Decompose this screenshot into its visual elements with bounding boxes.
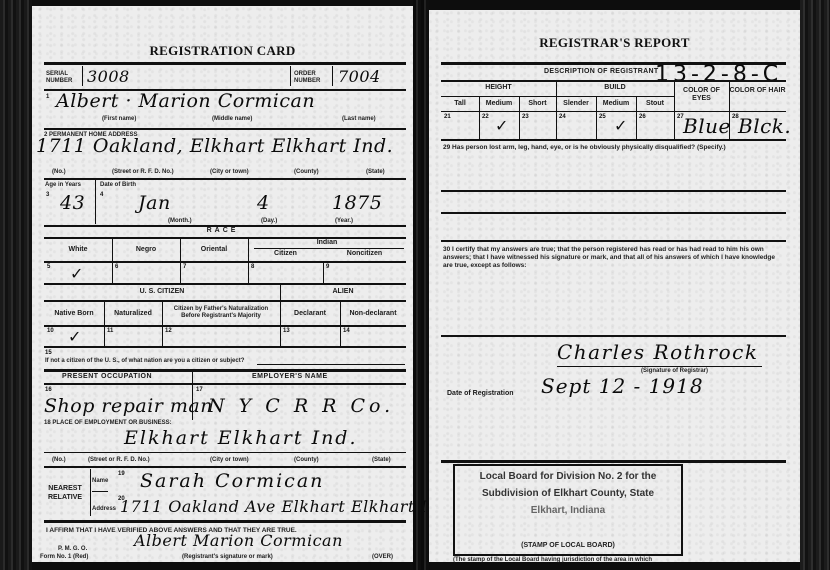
field-number: 12 xyxy=(165,328,172,334)
serial-number-label: SERIAL NUMBER xyxy=(46,71,74,85)
employer-header: EMPLOYER'S NAME xyxy=(252,373,328,380)
race-col-oriental: Oriental xyxy=(180,239,248,259)
stamp-line-3: Elkhart, Indiana xyxy=(455,502,681,519)
registrars-report-title: REGISTRAR'S REPORT xyxy=(429,35,800,51)
field-number: 22 xyxy=(482,114,489,120)
field-number: 15 xyxy=(45,350,52,356)
field-number: 21 xyxy=(444,114,451,120)
height-col-short: Short xyxy=(519,100,556,107)
divider xyxy=(44,62,406,65)
registration-card-title: REGISTRATION CARD xyxy=(32,43,413,59)
divider xyxy=(162,301,163,346)
field-number: 6 xyxy=(115,264,118,270)
address-sublabel: (Street or R. F. D. No.) xyxy=(112,169,174,176)
divider xyxy=(44,178,406,180)
race-col-negro: Negro xyxy=(112,239,180,259)
divider xyxy=(44,466,406,468)
divider xyxy=(441,335,786,337)
divider xyxy=(290,66,291,86)
stamp-footnote: (The stamp of the Local Board having jur… xyxy=(453,557,652,564)
field-number: 13 xyxy=(283,328,290,334)
film-border-right xyxy=(800,0,830,570)
native-born-check: ✓ xyxy=(68,327,81,346)
age-value: 43 xyxy=(60,192,85,214)
divider xyxy=(441,96,674,97)
dob-sublabel: (Month.) xyxy=(168,218,192,225)
relative-address-label: Address xyxy=(92,506,116,513)
alien-col-non-declarant: Non-declarant xyxy=(340,302,406,324)
eye-color-value: Blue xyxy=(683,114,731,138)
relative-name-label: Name xyxy=(92,478,108,485)
dob-label: Date of Birth xyxy=(100,182,136,189)
film-border-left xyxy=(0,0,32,570)
order-number-label: ORDER NUMBER xyxy=(294,71,328,85)
divider xyxy=(254,248,404,249)
stamp-line-2: Subdivision of Elkhart County, State xyxy=(455,485,681,502)
height-col-medium: Medium xyxy=(479,100,519,107)
registrars-report: REGISTRAR'S REPORT DESCRIPTION OF REGIST… xyxy=(429,10,800,562)
field-number: 16 xyxy=(45,387,52,393)
field-number: 17 xyxy=(196,387,203,393)
relative-address-value: 1711 Oakland Ave Elkhart Elkhart Ind. xyxy=(120,497,454,516)
local-board-stamp: Local Board for Division No. 2 for the S… xyxy=(453,464,683,556)
divider xyxy=(90,469,91,516)
registrant-signature: Albert Marion Cormican xyxy=(134,531,343,550)
citizen-col-by-father: Citizen by Father's Naturalization Befor… xyxy=(164,302,278,324)
divider xyxy=(92,491,108,492)
field-number: 3 xyxy=(46,192,49,198)
divider xyxy=(257,364,405,365)
over-label: (OVER) xyxy=(372,554,393,561)
form-id-line1: P. M. G. O. xyxy=(58,546,87,553)
divider xyxy=(44,325,406,327)
field-number: 9 xyxy=(326,264,329,270)
field-number: 14 xyxy=(343,328,350,334)
employment-sublabel: (State) xyxy=(372,457,391,464)
employment-place-value: Elkhart Elkhart Ind. xyxy=(124,427,358,449)
nearest-relative-label: NEAREST RELATIVE xyxy=(42,484,88,502)
field-number: 8 xyxy=(251,264,254,270)
employer-value: N Y C R R Co. xyxy=(208,395,394,417)
height-medium-check: ✓ xyxy=(495,116,508,135)
field-number: 24 xyxy=(559,114,566,120)
q30-text: 30 I certify that my answers are true; t… xyxy=(443,246,783,270)
stamp-line-1: Local Board for Division No. 2 for the xyxy=(455,468,681,485)
field-number: 10 xyxy=(47,328,54,334)
field-number: 5 xyxy=(47,264,50,270)
hair-color-value: Blck. xyxy=(738,114,791,138)
divider xyxy=(44,346,406,348)
name-sublabel-first: (First name) xyxy=(102,116,136,123)
divider xyxy=(44,369,406,372)
film-border-middle xyxy=(413,0,429,570)
divider xyxy=(95,180,96,224)
build-col-stout: Stout xyxy=(636,100,674,107)
divider xyxy=(332,66,333,86)
age-label: Age in Years xyxy=(45,182,81,189)
field-number: 23 xyxy=(522,114,529,120)
race-col-white: White xyxy=(44,239,112,259)
race-col-indian-citizen: Citizen xyxy=(248,250,323,257)
alien-header: ALIEN xyxy=(280,288,406,295)
dob-sublabel: (Year.) xyxy=(335,218,353,225)
build-header: BUILD xyxy=(556,84,674,91)
home-address: 1711 Oakland, Elkhart Elkhart Ind. xyxy=(36,135,393,157)
field-number: 26 xyxy=(639,114,646,120)
field-number: 19 xyxy=(118,471,125,477)
divider xyxy=(44,520,406,523)
us-citizen-header: U. S. CITIZEN xyxy=(44,288,280,295)
build-medium-check: ✓ xyxy=(614,116,627,135)
divider xyxy=(441,212,786,214)
field-number: 4 xyxy=(100,192,103,198)
dob-sublabel: (Day.) xyxy=(261,218,277,225)
race-col-indian-noncitizen: Noncitizen xyxy=(323,250,406,257)
hair-header: COLOR OF HAIR xyxy=(729,87,786,95)
field-number: 7 xyxy=(183,264,186,270)
build-col-slender: Slender xyxy=(556,100,596,107)
divider xyxy=(44,283,406,285)
occupation-header: PRESENT OCCUPATION xyxy=(62,373,152,380)
alien-col-declarant: Declarant xyxy=(280,302,340,324)
divider xyxy=(557,366,762,367)
description-header: DESCRIPTION OF REGISTRANT xyxy=(544,68,658,75)
divider xyxy=(44,128,406,130)
divider xyxy=(82,66,83,86)
employment-sublabel: (No.) xyxy=(52,457,66,464)
divider xyxy=(44,452,406,453)
height-header: HEIGHT xyxy=(441,84,556,91)
occupation-value: Shop repair man xyxy=(44,395,213,417)
divider xyxy=(323,262,324,283)
address-sublabel: (County) xyxy=(294,169,319,176)
employment-sublabel: (City or town) xyxy=(210,457,249,464)
address-sublabel: (No.) xyxy=(52,169,66,176)
registrant-name: Albert · Marion Cormican xyxy=(56,90,315,112)
citizen-col-native-born: Native Born xyxy=(44,302,104,324)
divider xyxy=(441,190,786,192)
dob-year: 1875 xyxy=(332,192,382,214)
build-col-medium: Medium xyxy=(596,100,636,107)
signature-sublabel: (Registrant's signature or mark) xyxy=(182,554,273,561)
dob-day: 4 xyxy=(257,192,270,214)
form-id-line2: Form No. 1 (Red) xyxy=(40,554,88,561)
citizen-col-naturalized: Naturalized xyxy=(104,302,162,324)
divider xyxy=(441,111,786,112)
order-number-value: 7004 xyxy=(338,67,381,86)
dob-month: Jan xyxy=(138,192,171,214)
name-sublabel-last: (Last name) xyxy=(342,116,376,123)
divider xyxy=(441,80,786,82)
race-col-indian: Indian xyxy=(248,239,406,246)
relative-name-value: Sarah Cormican xyxy=(140,470,324,492)
stamp-caption: (STAMP OF LOCAL BOARD) xyxy=(455,542,681,549)
serial-number-value: 3008 xyxy=(87,67,130,86)
divider xyxy=(441,240,786,242)
divider xyxy=(44,261,406,263)
field-number: 11 xyxy=(107,328,113,334)
field-number: 1 xyxy=(46,94,49,100)
registrar-signature: Charles Rothrock xyxy=(557,340,758,364)
registration-date-value: Sept 12 - 1918 xyxy=(541,374,704,398)
height-col-tall: Tall xyxy=(441,100,479,107)
race-white-check: ✓ xyxy=(70,264,83,283)
q15-text: If not a citizen of the U. S., of what n… xyxy=(45,358,244,365)
registration-card: REGISTRATION CARD SERIAL NUMBER 3008 ORD… xyxy=(32,6,413,562)
employment-sublabel: (County) xyxy=(294,457,319,464)
divider xyxy=(441,460,786,463)
race-header: RACE xyxy=(32,227,413,234)
employment-place-label: 18 PLACE OF EMPLOYMENT OR BUSINESS: xyxy=(44,420,172,427)
divider xyxy=(44,383,406,385)
name-sublabel-middle: (Middle name) xyxy=(212,116,252,123)
divider xyxy=(441,139,786,141)
address-sublabel: (State) xyxy=(366,169,385,176)
q29-text: 29 Has person lost arm, leg, hand, eye, … xyxy=(443,144,783,151)
field-number: 25 xyxy=(599,114,606,120)
eyes-header: COLOR OF EYES xyxy=(674,87,729,103)
employment-sublabel: (Street or R. F. D. No.) xyxy=(88,457,150,464)
address-sublabel: (City or town) xyxy=(210,169,249,176)
registration-date-label: Date of Registration xyxy=(447,390,514,397)
